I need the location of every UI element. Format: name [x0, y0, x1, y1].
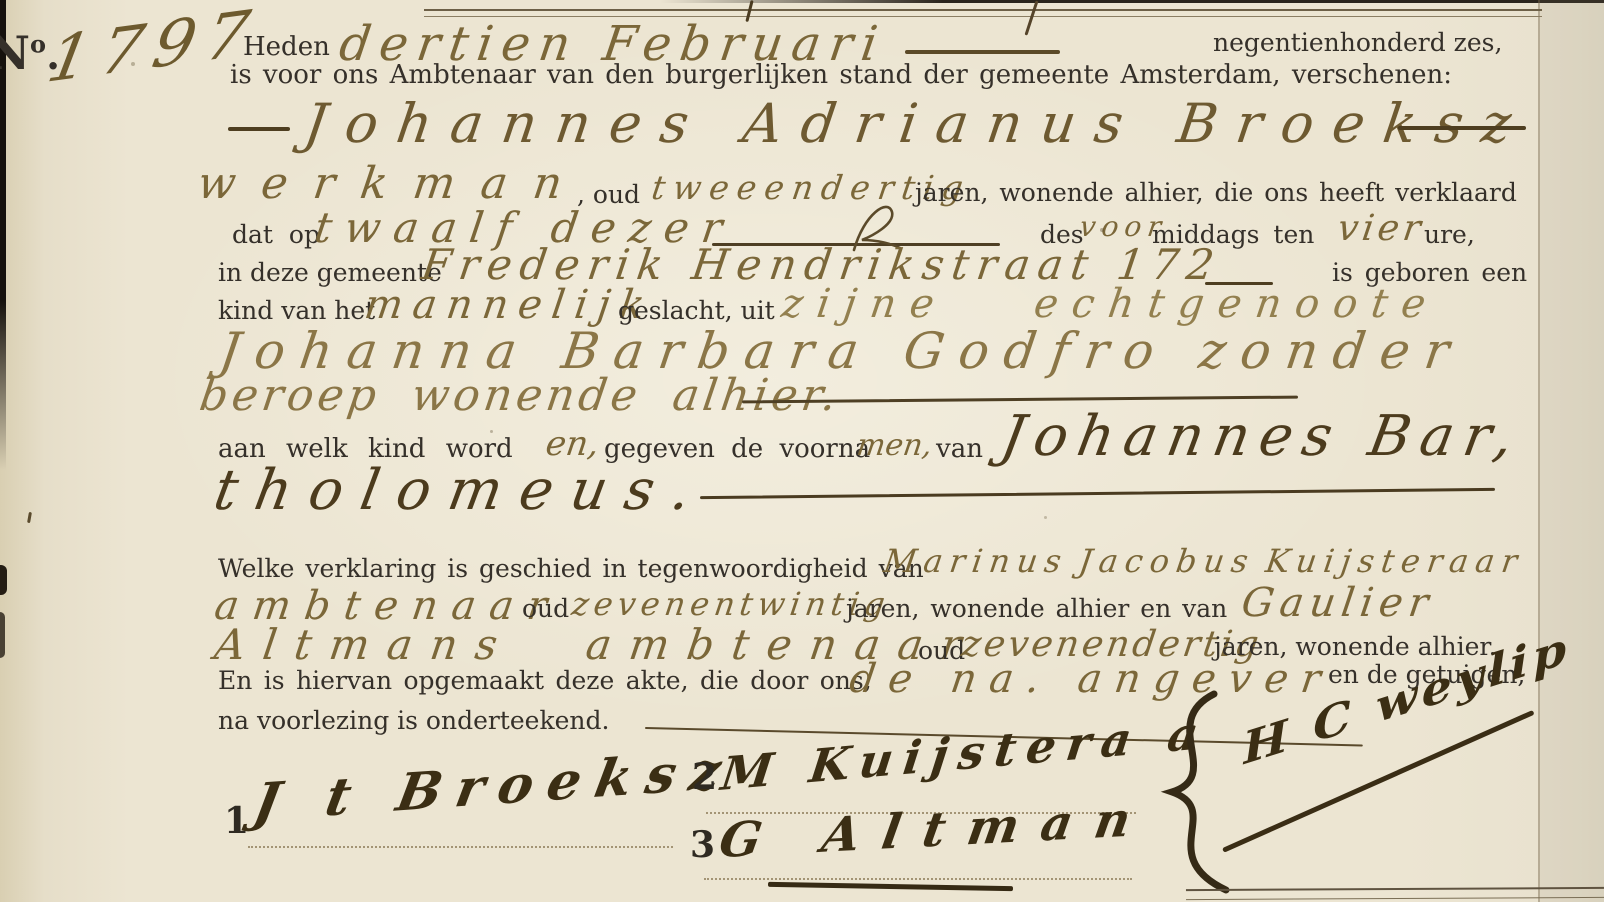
official-signature-block: H C weylip: [1215, 688, 1565, 888]
printed-heden: Heden: [243, 32, 330, 62]
pen-tick: [27, 512, 32, 523]
hw-word-men: men,: [855, 428, 935, 463]
printed-year: negentienhonderd zes,: [1213, 28, 1502, 57]
hw-witness2-name: Gaulier: [1239, 580, 1437, 626]
top-film-edge: [660, 0, 1604, 3]
signature-1-line: [248, 824, 673, 848]
hw-child-name-cont: tholomeus.: [209, 458, 713, 523]
signature-3-underline: [768, 882, 1013, 891]
signature-1-index: 1: [224, 800, 249, 842]
signature-1: J t Broeksz: [249, 740, 740, 834]
printed-oud2: oud: [522, 594, 569, 623]
pen-tick: [1025, 0, 1039, 35]
hw-child-name: Johannes Bar,: [996, 404, 1528, 469]
paper-speck: [1044, 516, 1047, 519]
printed-na-voorlezing: na voorlezing is onderteekend.: [218, 706, 609, 735]
printed-official-line: is voor ons Ambtenaar van den burgerlijk…: [230, 60, 1452, 90]
ink-rule: [700, 488, 1495, 499]
paper-speck: [131, 62, 135, 66]
ink-dash: [905, 50, 1060, 54]
hw-witness1-name: Marinus Jacobus Kuijsteraar: [881, 542, 1526, 580]
bottom-double-rule: [1186, 887, 1604, 900]
printed-van: van: [936, 434, 983, 464]
hw-witness1-age: zevenentwintig: [569, 585, 892, 623]
printed-dat-op: dat op: [232, 220, 320, 249]
printed-ure: ure,: [1424, 220, 1475, 249]
left-edge-blob: [0, 612, 5, 658]
printed-jaren1: jaren, wonende alhier, die ons heeft ver…: [915, 178, 1517, 207]
hw-mother-cont: beroep wonende alhier.: [196, 370, 843, 421]
ink-dash: [228, 127, 290, 131]
printed-jaren2: jaren, wonende alhier en van: [846, 594, 1227, 623]
signature-3-line: [704, 856, 1132, 880]
birth-certificate-scan: No. 1797 Heden dertien Februari negentie…: [0, 0, 1604, 902]
paper-speck: [1100, 228, 1104, 232]
hw-hour: vier: [1335, 208, 1427, 249]
left-edge-blob: [0, 565, 7, 595]
printed-geslacht-uit: geslacht, uit: [618, 296, 775, 325]
ink-dash: [1398, 126, 1526, 130]
hw-declarant-name: Johannes Adrianus Broeksz: [301, 92, 1535, 155]
paper-speck: [490, 430, 493, 433]
record-number-label-n: N: [0, 26, 30, 80]
record-number-label-sup: o: [30, 30, 46, 59]
printed-en-is-hiervan: En is hiervan opgemaakt deze akte, die d…: [218, 666, 872, 695]
hw-spouse-relation: zijne echtgenoote: [779, 281, 1443, 327]
hw-occupation: werkman: [194, 158, 591, 209]
printed-welke-verklaring: Welke verklaring is geschied in tegenwoo…: [218, 554, 924, 583]
printed-kind-van-het: kind van het: [218, 296, 375, 325]
